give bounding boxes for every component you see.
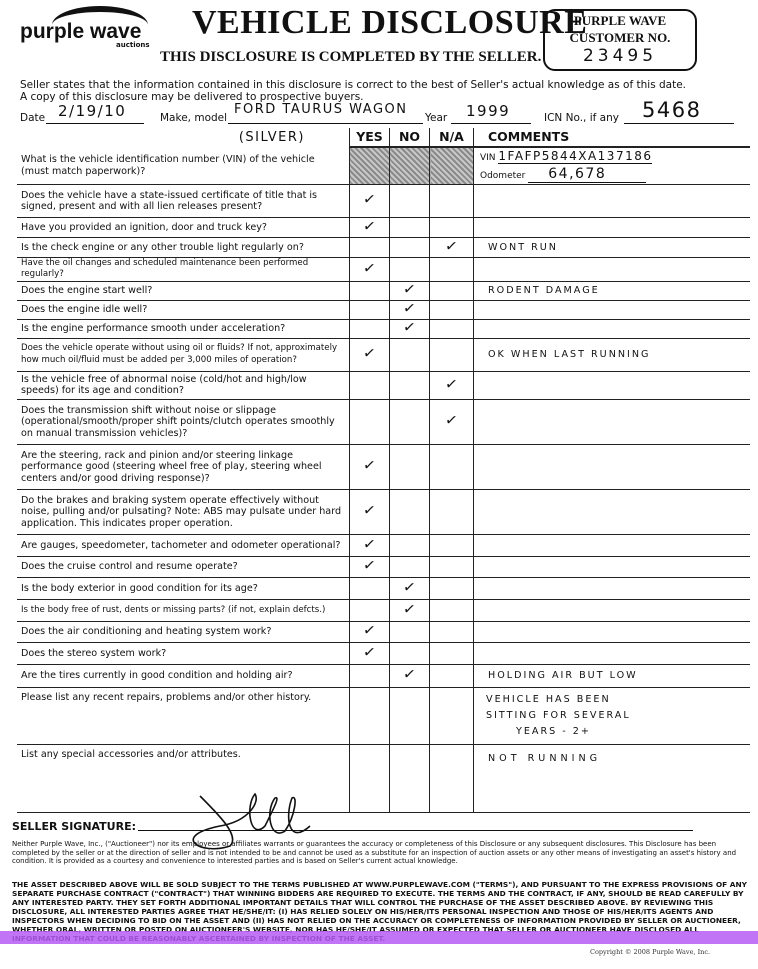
- answer-no-cell[interactable]: ✓: [390, 319, 430, 338]
- question-text: Is the vehicle free of abnormal noise (c…: [17, 371, 350, 399]
- vin-odometer-cell: VIN 1FAFP5844XA137186 Odometer 64,678: [474, 147, 751, 185]
- answer-yes-cell[interactable]: ✓: [350, 556, 390, 577]
- seller-signature-label: SELLER SIGNATURE:: [12, 820, 136, 833]
- answer-na-cell[interactable]: [430, 218, 474, 238]
- answer-yes-cell[interactable]: ✓: [350, 642, 390, 664]
- answer-na-cell[interactable]: [430, 300, 474, 319]
- answer-yes-cell[interactable]: [350, 599, 390, 621]
- table-row: Have you provided an ignition, door and …: [17, 218, 750, 238]
- answer-no-cell[interactable]: [390, 258, 430, 282]
- answer-no-cell[interactable]: ✓: [390, 577, 430, 599]
- column-header-no: NO: [390, 128, 430, 147]
- odometer-value[interactable]: 64,678: [528, 166, 646, 183]
- comment-cell[interactable]: [474, 444, 751, 489]
- checkmark-icon: ✓: [362, 559, 376, 572]
- shaded-cell: [350, 147, 390, 185]
- checkmark-icon: ✓: [362, 624, 376, 637]
- shaded-cell: [430, 147, 474, 185]
- comment-cell[interactable]: [474, 258, 751, 282]
- question-text: Is the engine performance smooth under a…: [17, 319, 350, 338]
- comment-cell[interactable]: [474, 599, 751, 621]
- table-row: Is the body exterior in good condition f…: [17, 577, 750, 599]
- comment-cell[interactable]: HOLDING AIR BUT LOW: [474, 664, 751, 687]
- question-text: Have you provided an ignition, door and …: [17, 218, 350, 238]
- checkmark-icon: ✓: [402, 581, 416, 594]
- question-text: Does the stereo system work?: [17, 642, 350, 664]
- table-row: Do the brakes and braking system operate…: [17, 489, 750, 534]
- question-rows: Does the vehicle have a state-issued cer…: [17, 185, 750, 688]
- answer-no-cell[interactable]: [390, 534, 430, 556]
- answer-yes-cell[interactable]: [350, 664, 390, 687]
- vin-row: What is the vehicle identification numbe…: [17, 147, 750, 185]
- answer-yes-cell[interactable]: ✓: [350, 185, 390, 218]
- answer-no-cell[interactable]: [390, 489, 430, 534]
- answer-no-cell[interactable]: [390, 238, 430, 258]
- comment-cell[interactable]: [474, 399, 751, 444]
- repairs-comment-line-2: SITTING FOR SEVERAL: [486, 708, 746, 724]
- answer-no-cell[interactable]: [390, 444, 430, 489]
- question-text: Does the vehicle operate without using o…: [17, 338, 350, 371]
- table-row: Have the oil changes and scheduled maint…: [17, 258, 750, 282]
- answer-na-cell[interactable]: [430, 185, 474, 218]
- checkmark-icon: ✓: [402, 321, 416, 334]
- answer-no-cell[interactable]: [390, 621, 430, 642]
- question-text: Are gauges, speedometer, tachometer and …: [17, 534, 350, 556]
- table-row: Does the vehicle operate without using o…: [17, 338, 750, 371]
- answer-no-cell[interactable]: [390, 218, 430, 238]
- make-model-note-cell: (SILVER): [17, 128, 350, 147]
- table-row: Does the engine start well?✓RODENT DAMAG…: [17, 281, 750, 300]
- answer-na-cell[interactable]: [430, 556, 474, 577]
- checkmark-icon: ✓: [402, 668, 416, 681]
- answer-no-cell[interactable]: ✓: [390, 281, 430, 300]
- empty-cell: [390, 687, 430, 744]
- empty-cell: [430, 744, 474, 812]
- repairs-comment-line-1: VEHICLE HAS BEEN: [486, 692, 746, 708]
- answer-no-cell[interactable]: ✓: [390, 300, 430, 319]
- vin-question: What is the vehicle identification numbe…: [17, 147, 350, 185]
- table-row: Is the check engine or any other trouble…: [17, 238, 750, 258]
- answer-na-cell[interactable]: [430, 621, 474, 642]
- make-model-note: (SILVER): [239, 130, 305, 145]
- answer-yes-cell[interactable]: [350, 238, 390, 258]
- question-text: Is the check engine or any other trouble…: [17, 238, 350, 258]
- question-text: Does the engine idle well?: [17, 300, 350, 319]
- question-text: Are the tires currently in good conditio…: [17, 664, 350, 687]
- empty-cell: [350, 687, 390, 744]
- answer-yes-cell[interactable]: ✓: [350, 258, 390, 282]
- page-title: VEHICLE DISCLOSURE: [192, 4, 587, 42]
- question-text: Does the engine start well?: [17, 281, 350, 300]
- page-subtitle: THIS DISCLOSURE IS COMPLETED BY THE SELL…: [160, 49, 541, 66]
- table-row: Does the transmission shift without nois…: [17, 399, 750, 444]
- purple-wave-logo: purple wave auctions: [14, 4, 164, 50]
- question-text: Does the transmission shift without nois…: [17, 399, 350, 444]
- answer-na-cell[interactable]: [430, 577, 474, 599]
- table-row: Are the steering, rack and pinion and/or…: [17, 444, 750, 489]
- date-value: 2/19/10: [58, 102, 126, 120]
- checkmark-icon: ✓: [362, 459, 376, 472]
- answer-yes-cell[interactable]: ✓: [350, 534, 390, 556]
- comment-cell[interactable]: [474, 621, 751, 642]
- checkmark-icon: ✓: [402, 603, 416, 616]
- table-row: Does the air conditioning and heating sy…: [17, 621, 750, 642]
- column-header-comments: COMMENTS: [474, 128, 751, 147]
- customer-number-value[interactable]: 23495: [545, 46, 695, 66]
- comment-cell[interactable]: RODENT DAMAGE: [474, 281, 751, 300]
- answer-yes-cell[interactable]: ✓: [350, 338, 390, 371]
- answer-na-cell[interactable]: [430, 258, 474, 282]
- comment-cell[interactable]: [474, 300, 751, 319]
- answer-yes-cell[interactable]: ✓: [350, 218, 390, 238]
- answer-yes-cell[interactable]: ✓: [350, 621, 390, 642]
- date-label: Date: [20, 112, 45, 124]
- repairs-comment-line-3: YEARS - 2+: [486, 724, 746, 740]
- answer-yes-cell[interactable]: [350, 577, 390, 599]
- answer-no-cell[interactable]: ✓: [390, 599, 430, 621]
- comment-cell[interactable]: [474, 185, 751, 218]
- vin-value[interactable]: 1FAFP5844XA137186: [498, 149, 652, 164]
- answer-na-cell[interactable]: [430, 444, 474, 489]
- table-row: Does the stereo system work?✓: [17, 642, 750, 664]
- comment-cell[interactable]: [474, 642, 751, 664]
- answer-no-cell[interactable]: [390, 338, 430, 371]
- answer-no-cell[interactable]: [390, 399, 430, 444]
- logo-subtext: auctions: [116, 41, 150, 49]
- vin-label: VIN: [480, 153, 496, 163]
- answer-na-cell[interactable]: [430, 642, 474, 664]
- table-row: Is the engine performance smooth under a…: [17, 319, 750, 338]
- answer-na-cell[interactable]: [430, 599, 474, 621]
- checkmark-icon: ✓: [362, 262, 376, 275]
- answer-yes-cell[interactable]: [350, 371, 390, 399]
- answer-no-cell[interactable]: [390, 642, 430, 664]
- answer-na-cell[interactable]: [430, 338, 474, 371]
- comment-cell[interactable]: WONT RUN: [474, 238, 751, 258]
- question-text: Does the air conditioning and heating sy…: [17, 621, 350, 642]
- answer-yes-cell[interactable]: [350, 300, 390, 319]
- comment-cell[interactable]: [474, 534, 751, 556]
- copyright-text: Copyright © 2008 Purple Wave, Inc.: [590, 948, 710, 956]
- answer-yes-cell[interactable]: ✓: [350, 489, 390, 534]
- comment-cell[interactable]: OK WHEN LAST RUNNING: [474, 338, 751, 371]
- checkmark-icon: ✓: [444, 414, 458, 427]
- answer-yes-cell[interactable]: ✓: [350, 444, 390, 489]
- answer-no-cell[interactable]: [390, 185, 430, 218]
- question-text: Do the brakes and braking system operate…: [17, 489, 350, 534]
- answer-na-cell[interactable]: ✓: [430, 371, 474, 399]
- checkmark-icon: ✓: [444, 378, 458, 391]
- answer-yes-cell[interactable]: [350, 399, 390, 444]
- table-row: Does the vehicle have a state-issued cer…: [17, 185, 750, 218]
- table-row: Are gauges, speedometer, tachometer and …: [17, 534, 750, 556]
- comment-cell[interactable]: [474, 577, 751, 599]
- checkmark-icon: ✓: [402, 302, 416, 315]
- empty-cell: [350, 744, 390, 812]
- table-row: Does the engine idle well?✓: [17, 300, 750, 319]
- comment-cell[interactable]: [474, 319, 751, 338]
- customer-box-label-2: CUSTOMER NO.: [545, 31, 695, 45]
- comment-cell[interactable]: [474, 371, 751, 399]
- checkmark-icon: ✓: [362, 538, 376, 551]
- make-model-label: Make, model: [160, 112, 227, 124]
- repairs-comment[interactable]: VEHICLE HAS BEEN SITTING FOR SEVERAL YEA…: [474, 687, 751, 744]
- question-text: Does the vehicle have a state-issued cer…: [17, 185, 350, 218]
- column-header-yes: YES: [350, 128, 390, 147]
- disclaimer-text: Neither Purple Wave, Inc., ("Auctioneer"…: [12, 840, 752, 866]
- question-text: Is the body exterior in good condition f…: [17, 577, 350, 599]
- table-row: Is the body free of rust, dents or missi…: [17, 599, 750, 621]
- accessories-row: List any special accessories and/or attr…: [17, 744, 750, 812]
- column-header-na: N/A: [430, 128, 474, 147]
- comment-cell[interactable]: [474, 489, 751, 534]
- table-header-row: (SILVER) YES NO N/A COMMENTS: [17, 128, 750, 147]
- make-model-value: FORD TAURUS WAGON: [234, 102, 408, 117]
- repairs-question: Please list any recent repairs, problems…: [17, 687, 350, 744]
- answer-no-cell[interactable]: [390, 556, 430, 577]
- answer-yes-cell[interactable]: [350, 319, 390, 338]
- answer-na-cell[interactable]: [430, 534, 474, 556]
- answer-na-cell[interactable]: ✓: [430, 399, 474, 444]
- question-text: Have the oil changes and scheduled maint…: [17, 258, 350, 282]
- intro-statement: Seller states that the information conta…: [20, 79, 750, 103]
- answer-yes-cell[interactable]: [350, 281, 390, 300]
- shaded-cell: [390, 147, 430, 185]
- accessories-comment[interactable]: NOT RUNNING: [474, 744, 751, 812]
- checkmark-icon: ✓: [362, 646, 376, 659]
- icn-value: 5468: [642, 98, 701, 122]
- vehicle-info-fields: Date 2/19/10 Make, model FORD TAURUS WAG…: [20, 104, 750, 128]
- answer-no-cell[interactable]: [390, 371, 430, 399]
- checkmark-icon: ✓: [362, 504, 376, 517]
- highlight-band: [0, 931, 758, 944]
- checkmark-icon: ✓: [362, 347, 376, 360]
- answer-na-cell[interactable]: [430, 319, 474, 338]
- question-text: Are the steering, rack and pinion and/or…: [17, 444, 350, 489]
- question-text: Is the body free of rust, dents or missi…: [17, 599, 350, 621]
- intro-line-1: Seller states that the information conta…: [20, 79, 750, 91]
- answer-na-cell[interactable]: [430, 664, 474, 687]
- checkmark-icon: ✓: [402, 283, 416, 296]
- comment-cell[interactable]: [474, 556, 751, 577]
- customer-number-box: PURPLE WAVE CUSTOMER NO. 23495: [543, 9, 697, 71]
- empty-cell: [390, 744, 430, 812]
- checkmark-icon: ✓: [444, 240, 458, 253]
- question-text: Does the cruise control and resume opera…: [17, 556, 350, 577]
- answer-no-cell[interactable]: ✓: [390, 664, 430, 687]
- customer-box-label-1: PURPLE WAVE: [545, 14, 695, 28]
- answer-na-cell[interactable]: [430, 281, 474, 300]
- year-value: 1999: [466, 102, 510, 120]
- table-row: Are the tires currently in good conditio…: [17, 664, 750, 687]
- disclosure-checklist-table: (SILVER) YES NO N/A COMMENTS What is the…: [17, 128, 750, 813]
- repairs-row: Please list any recent repairs, problems…: [17, 687, 750, 744]
- year-label: Year: [425, 112, 447, 124]
- answer-na-cell[interactable]: [430, 489, 474, 534]
- icn-label: ICN No., if any: [544, 112, 619, 124]
- checkmark-icon: ✓: [362, 193, 376, 206]
- odometer-label: Odometer: [480, 171, 525, 181]
- table-row: Is the vehicle free of abnormal noise (c…: [17, 371, 750, 399]
- table-row: Does the cruise control and resume opera…: [17, 556, 750, 577]
- answer-na-cell[interactable]: ✓: [430, 238, 474, 258]
- comment-cell[interactable]: [474, 218, 751, 238]
- empty-cell: [430, 687, 474, 744]
- checkmark-icon: ✓: [362, 220, 376, 233]
